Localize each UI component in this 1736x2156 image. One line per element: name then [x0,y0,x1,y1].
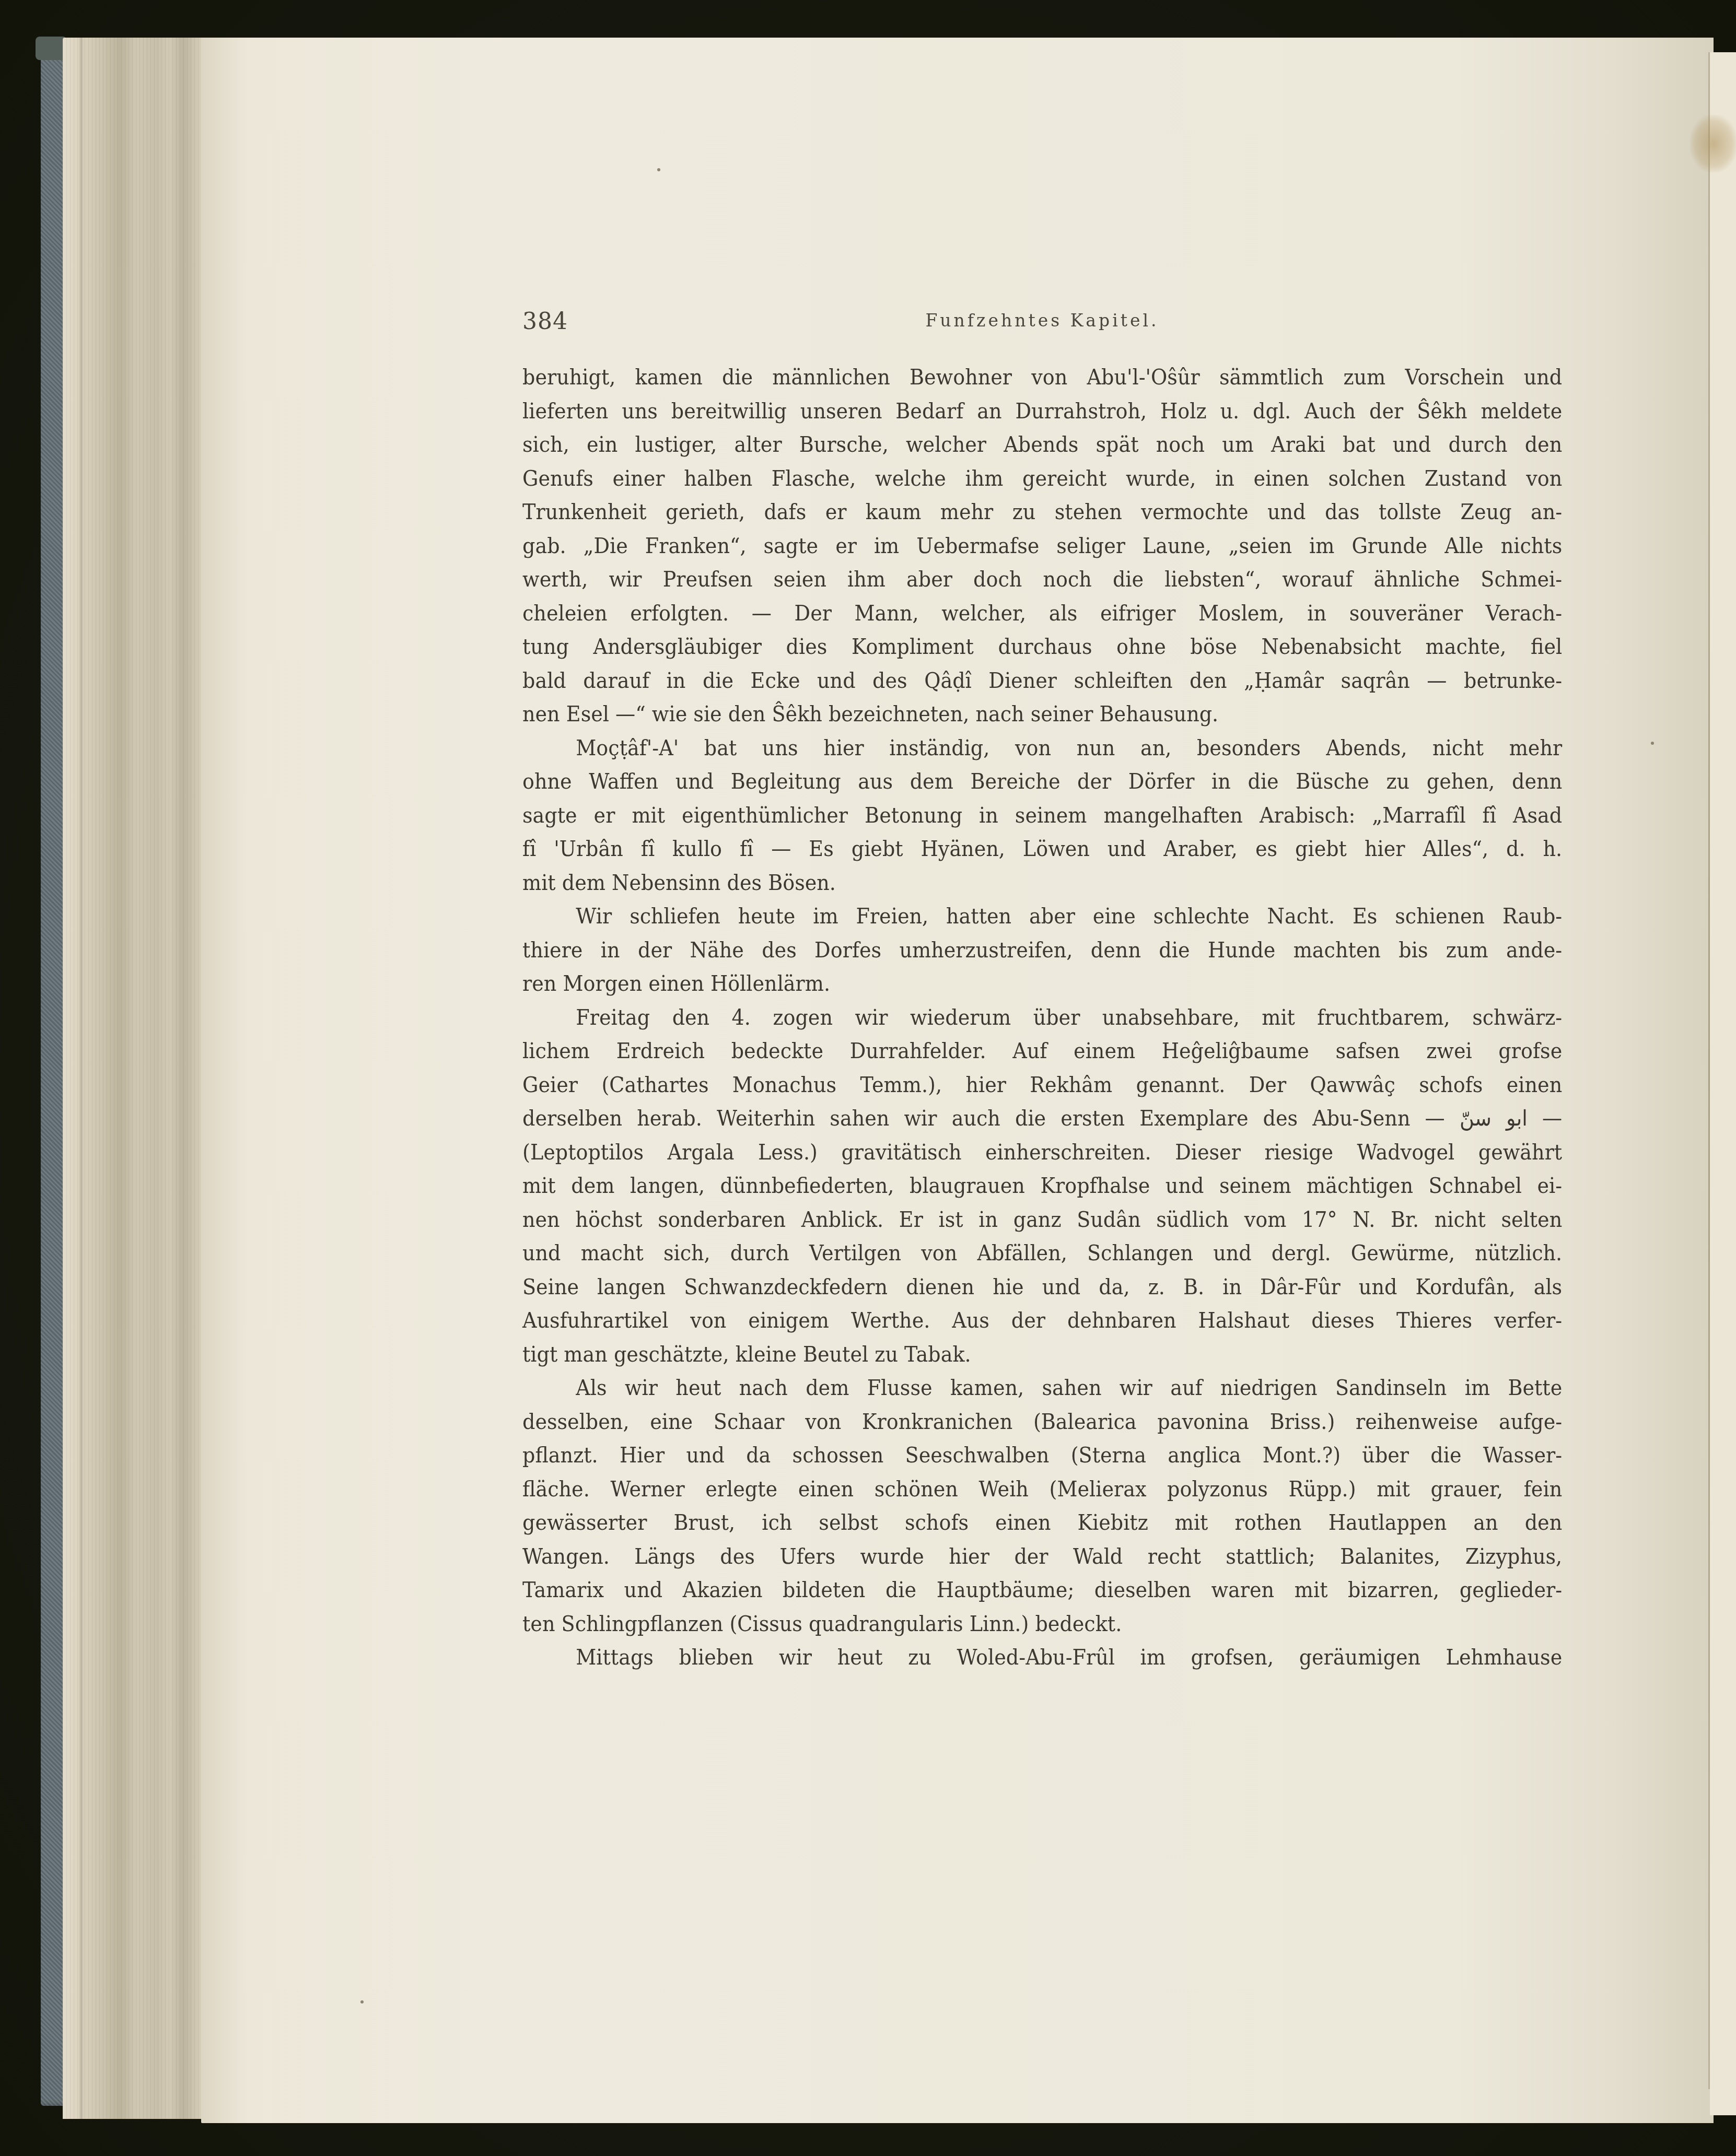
text-line: ohne Waffen und Begleitung aus dem Berei… [522,765,1562,799]
text-line: Trunkenheit gerieth, dafs er kaum mehr z… [522,495,1562,529]
text-line: mit dem langen, dünnbefiederten, blaugra… [522,1169,1562,1203]
text-line: thiere in der Nähe des Dorfes umherzustr… [522,933,1562,967]
text-line: (Leptoptilos Argala Less.) gravitätisch … [522,1135,1562,1169]
text-line: lieferten uns bereitwillig unseren Bedar… [522,394,1562,428]
paper-speck [360,2000,364,2003]
text-line: desselben, eine Schaar von Kronkranichen… [522,1405,1562,1439]
paper-speck [657,168,660,171]
text-line: nen höchst sonderbaren Anblick. Er ist i… [522,1203,1562,1237]
chapter-title: Funfzehntes Kapitel. [522,310,1562,331]
paper-speck [1651,742,1654,745]
text-line: Moçṭâf'-A' bat uns hier inständig, von n… [522,731,1562,765]
cover-corner-wear [36,37,67,60]
text-line: Geier (Cathartes Monachus Temm.), hier R… [522,1068,1562,1102]
text-line: sich, ein lustiger, alter Bursche, welch… [522,428,1562,462]
text-line: lichem Erdreich bedeckte Durrahfelder. A… [522,1034,1562,1068]
text-line: beruhigt, kamen die männlichen Bewohner … [522,360,1562,394]
text-line: Tamarix und Akazien bildeten die Hauptbä… [522,1573,1562,1607]
gutter-fold [1708,52,1710,2089]
text-line: mit dem Nebensinn des Bösen. [522,866,1562,900]
body-text: beruhigt, kamen die männlichen Bewohner … [522,360,1489,1674]
text-line: Wangen. Längs des Ufers wurde hier der W… [522,1540,1562,1574]
text-line: Wir schliefen heute im Freien, hatten ab… [522,899,1562,933]
text-line: cheleien erfolgten. — Der Mann, welcher,… [522,596,1562,630]
text-line: fläche. Werner erlegte einen schönen Wei… [522,1472,1562,1506]
running-header: 384 Funfzehntes Kapitel. [522,308,1562,339]
text-line: tigt man geschätzte, kleine Beutel zu Ta… [522,1338,1562,1372]
text-line: Als wir heut nach dem Flusse kamen, sahe… [522,1371,1562,1405]
text-line: und macht sich, durch Vertilgen von Abfä… [522,1236,1562,1270]
text-line: bald darauf in die Ecke und des Qâḍî Die… [522,664,1562,698]
text-line: fî 'Urbân fî kullo fî — Es giebt Hyänen,… [522,832,1562,866]
text-line: sagte er mit eigenthümlicher Betonung in… [522,799,1562,833]
text-line: ten Schlingpflanzen (Cissus quadrangular… [522,1607,1562,1641]
text-line: pflanzt. Hier und da schossen Seeschwalb… [522,1438,1562,1472]
text-line: Seine langen Schwanzdeckfedern dienen hi… [522,1270,1562,1304]
facing-page-edge [1710,52,1736,2115]
text-line: nen Esel —“ wie sie den Ŝêkh bezeichnete… [522,697,1562,731]
text-line: Ausfuhrartikel von einigem Werthe. Aus d… [522,1304,1562,1338]
text-line: ren Morgen einen Höllenlärm. [522,967,1562,1001]
text-line: Genufs einer halben Flasche, welche ihm … [522,462,1562,496]
foxing-stain [1690,115,1736,172]
text-line: Freitag den 4. zogen wir wiederum über u… [522,1001,1562,1035]
text-line: tung Andersgläubiger dies Kompliment dur… [522,630,1562,664]
text-line: gab. „Die Franken“, sagte er im Uebermaf… [522,529,1562,563]
text-line: gewässerter Brust, ich selbst schofs ein… [522,1506,1562,1540]
text-line: werth, wir Preufsen seien ihm aber doch … [522,563,1562,596]
text-line: derselben herab. Weiterhin sahen wir auc… [522,1102,1562,1135]
text-line: Mittags blieben wir heut zu Woled-Abu-Fr… [522,1641,1562,1674]
